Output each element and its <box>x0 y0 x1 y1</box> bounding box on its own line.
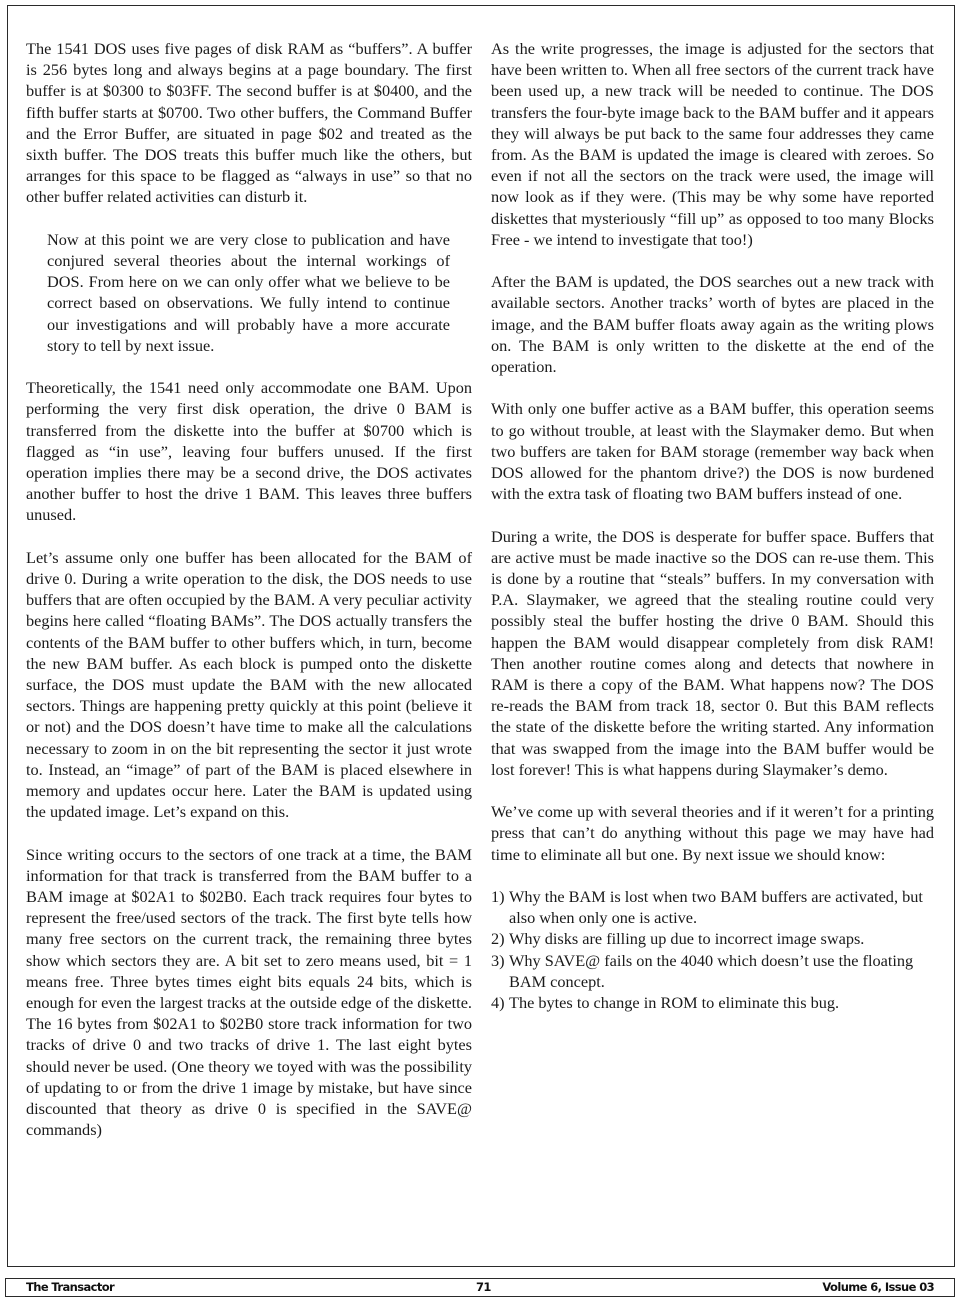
paragraph-theoretically: Theoretically, the 1541 need only accomm… <box>26 377 472 525</box>
paragraph-editor-note: Now at this point we are very close to p… <box>26 229 472 356</box>
paragraph-after-update: After the BAM is updated, the DOS search… <box>491 271 934 377</box>
questions-list: 1)Why the BAM is lost when two BAM buffe… <box>491 886 934 1013</box>
list-text: The bytes to change in ROM to eliminate … <box>509 993 839 1012</box>
paragraph-bam-image: Since writing occurs to the sectors of o… <box>26 844 472 1141</box>
list-text: Why SAVE@ fails on the 4040 which doesn’… <box>509 951 913 991</box>
right-column: As the write progresses, the image is ad… <box>491 38 934 1013</box>
paragraph-floating-bams: Let’s assume only one buffer has been al… <box>26 547 472 823</box>
paragraph-stealing: During a write, the DOS is desperate for… <box>491 526 934 780</box>
paragraph-buffers-intro: The 1541 DOS uses five pages of disk RAM… <box>26 38 472 208</box>
page-number: 71 <box>476 1280 491 1294</box>
paragraph-theories: We’ve come up with several theories and … <box>491 801 934 865</box>
list-item: 2)Why disks are filling up due to incorr… <box>491 928 934 949</box>
publication-name: The Transactor <box>26 1280 114 1294</box>
list-text: Why disks are filling up due to incorrec… <box>509 929 864 948</box>
issue-label: Volume 6, Issue 03 <box>822 1280 934 1294</box>
list-number: 1) <box>491 886 505 907</box>
list-item: 3)Why SAVE@ fails on the 4040 which does… <box>491 950 934 992</box>
page-footer: The Transactor 71 Volume 6, Issue 03 <box>5 1278 955 1297</box>
list-item: 4)The bytes to change in ROM to eliminat… <box>491 992 934 1013</box>
list-number: 2) <box>491 928 505 949</box>
left-column: The 1541 DOS uses five pages of disk RAM… <box>26 38 472 1162</box>
paragraph-write-progresses: As the write progresses, the image is ad… <box>491 38 934 250</box>
list-text: Why the BAM is lost when two BAM buffers… <box>509 887 923 927</box>
paragraph-one-buffer: With only one buffer active as a BAM buf… <box>491 398 934 504</box>
list-number: 3) <box>491 950 505 971</box>
list-item: 1)Why the BAM is lost when two BAM buffe… <box>491 886 934 928</box>
list-number: 4) <box>491 992 505 1013</box>
